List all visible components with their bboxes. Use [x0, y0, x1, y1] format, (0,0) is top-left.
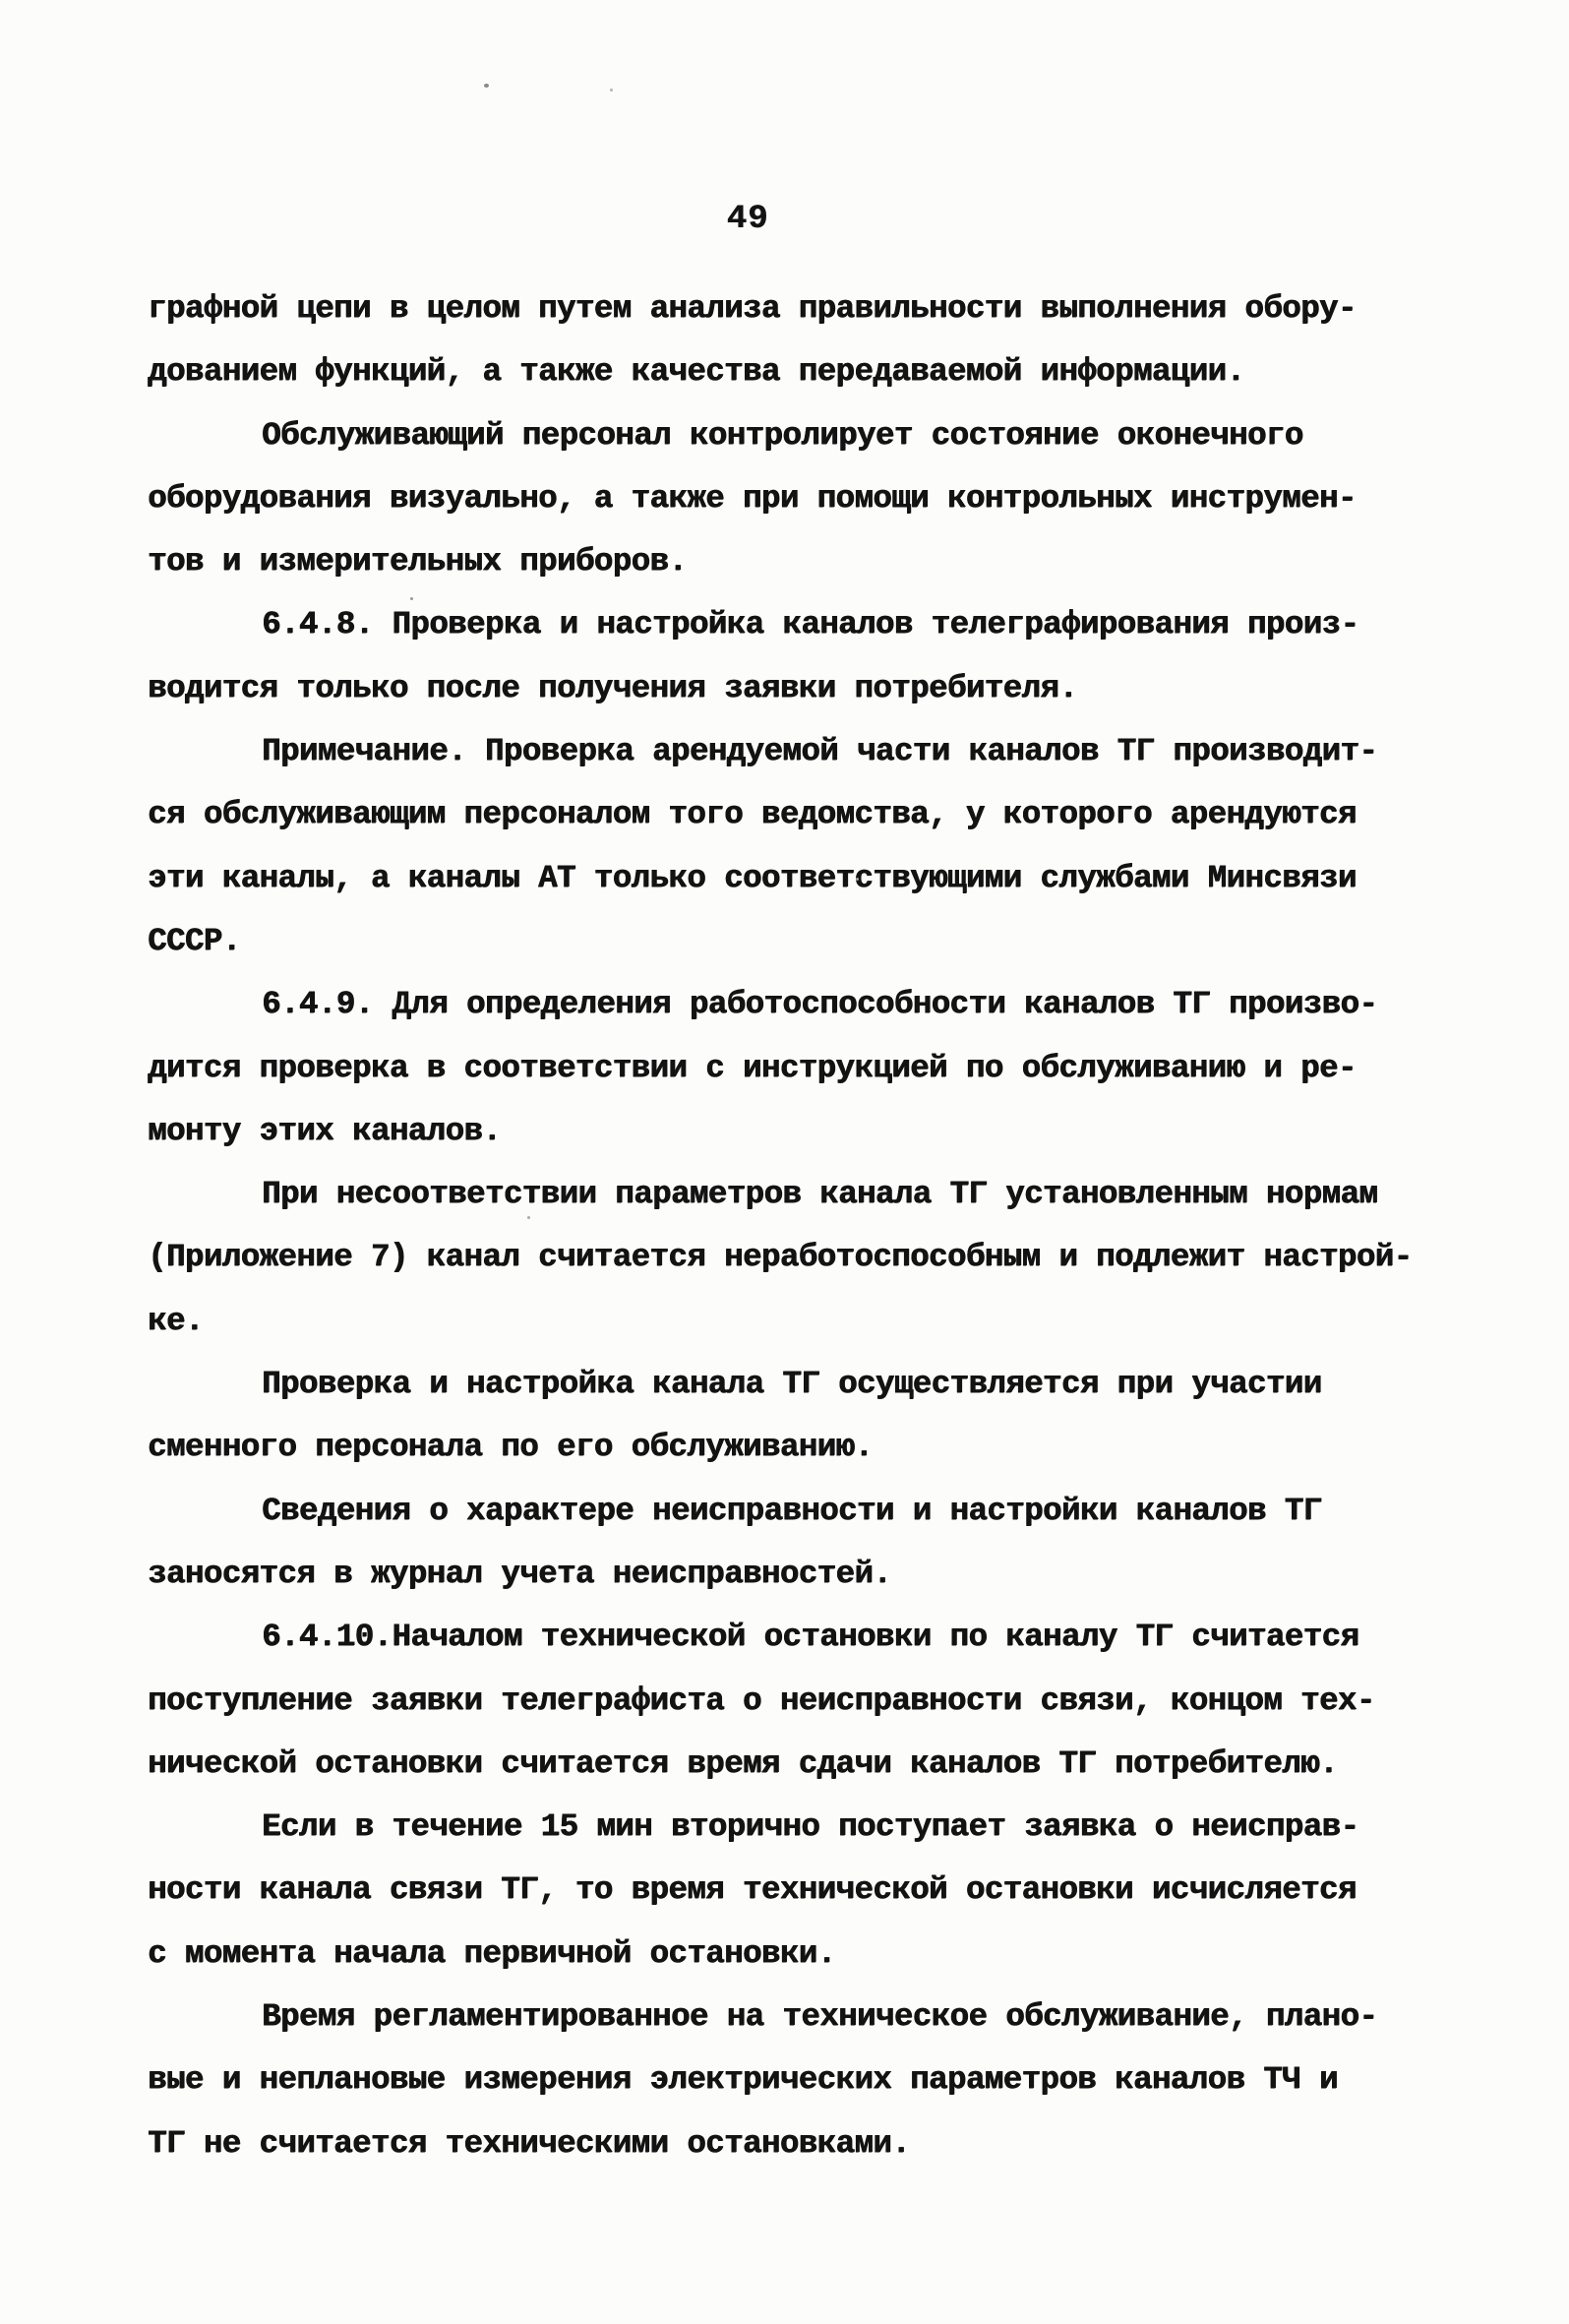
text-line: ТГ не считается техническими остановками… [148, 2112, 1485, 2175]
text-line: поступление заявки телеграфиста о неиспр… [148, 1670, 1485, 1733]
text-line: заносятся в журнал учета неисправностей. [148, 1543, 1485, 1606]
text-line: СССР. [148, 910, 1485, 973]
text-line: Сведения о характере неисправности и нас… [148, 1480, 1485, 1543]
text-line: Время регламентированное на техническое … [148, 1986, 1485, 2049]
text-line: 6.4.8. Проверка и настройка каналов теле… [148, 593, 1485, 656]
text-line: оборудования визуально, а также при помо… [148, 467, 1485, 530]
text-line: графной цепи в целом путем анализа прави… [148, 277, 1485, 340]
text-line: Обслуживающий персонал контролирует сост… [148, 404, 1485, 467]
text-line: водится только после получения заявки по… [148, 657, 1485, 720]
document-page: 49 графной цепи в целом путем анализа пр… [0, 0, 1569, 2324]
text-line: дится проверка в соответствии с инструкц… [148, 1037, 1485, 1100]
text-line: тов и измерительных приборов. [148, 530, 1485, 593]
scan-speck [527, 1216, 530, 1219]
text-line: (Приложение 7) канал считается неработос… [148, 1226, 1485, 1289]
text-line: нической остановки считается время сдачи… [148, 1733, 1485, 1796]
text-line: Если в течение 15 мин вторично поступает… [148, 1796, 1485, 1859]
page-number: 49 [689, 201, 807, 238]
text-line: дованием функций, а также качества перед… [148, 340, 1485, 403]
scan-speck [410, 597, 413, 600]
text-line: 6.4.9. Для определения работоспособности… [148, 973, 1485, 1036]
text-line: При несоответствии параметров канала ТГ … [148, 1163, 1485, 1226]
text-line: эти каналы, а каналы АТ только соответст… [148, 847, 1485, 910]
text-line: ке. [148, 1290, 1485, 1353]
text-line: 6.4.10.Началом технической остановки по … [148, 1606, 1485, 1669]
scan-speck [484, 84, 489, 88]
text-line: ся обслуживающим персоналом того ведомст… [148, 783, 1485, 846]
text-line: с момента начала первичной остановки. [148, 1923, 1485, 1986]
text-line: Примечание. Проверка арендуемой части ка… [148, 720, 1485, 783]
scan-speck [856, 878, 859, 881]
text-line: ности канала связи ТГ, то время техничес… [148, 1859, 1485, 1922]
text-line: вые и неплановые измерения электрических… [148, 2049, 1485, 2111]
scan-speck [610, 89, 613, 92]
text-line: Проверка и настройка канала ТГ осуществл… [148, 1353, 1485, 1416]
document-body: графной цепи в целом путем анализа прави… [148, 277, 1485, 2175]
text-line: монту этих каналов. [148, 1100, 1485, 1163]
text-line: сменного персонала по его обслуживанию. [148, 1416, 1485, 1479]
